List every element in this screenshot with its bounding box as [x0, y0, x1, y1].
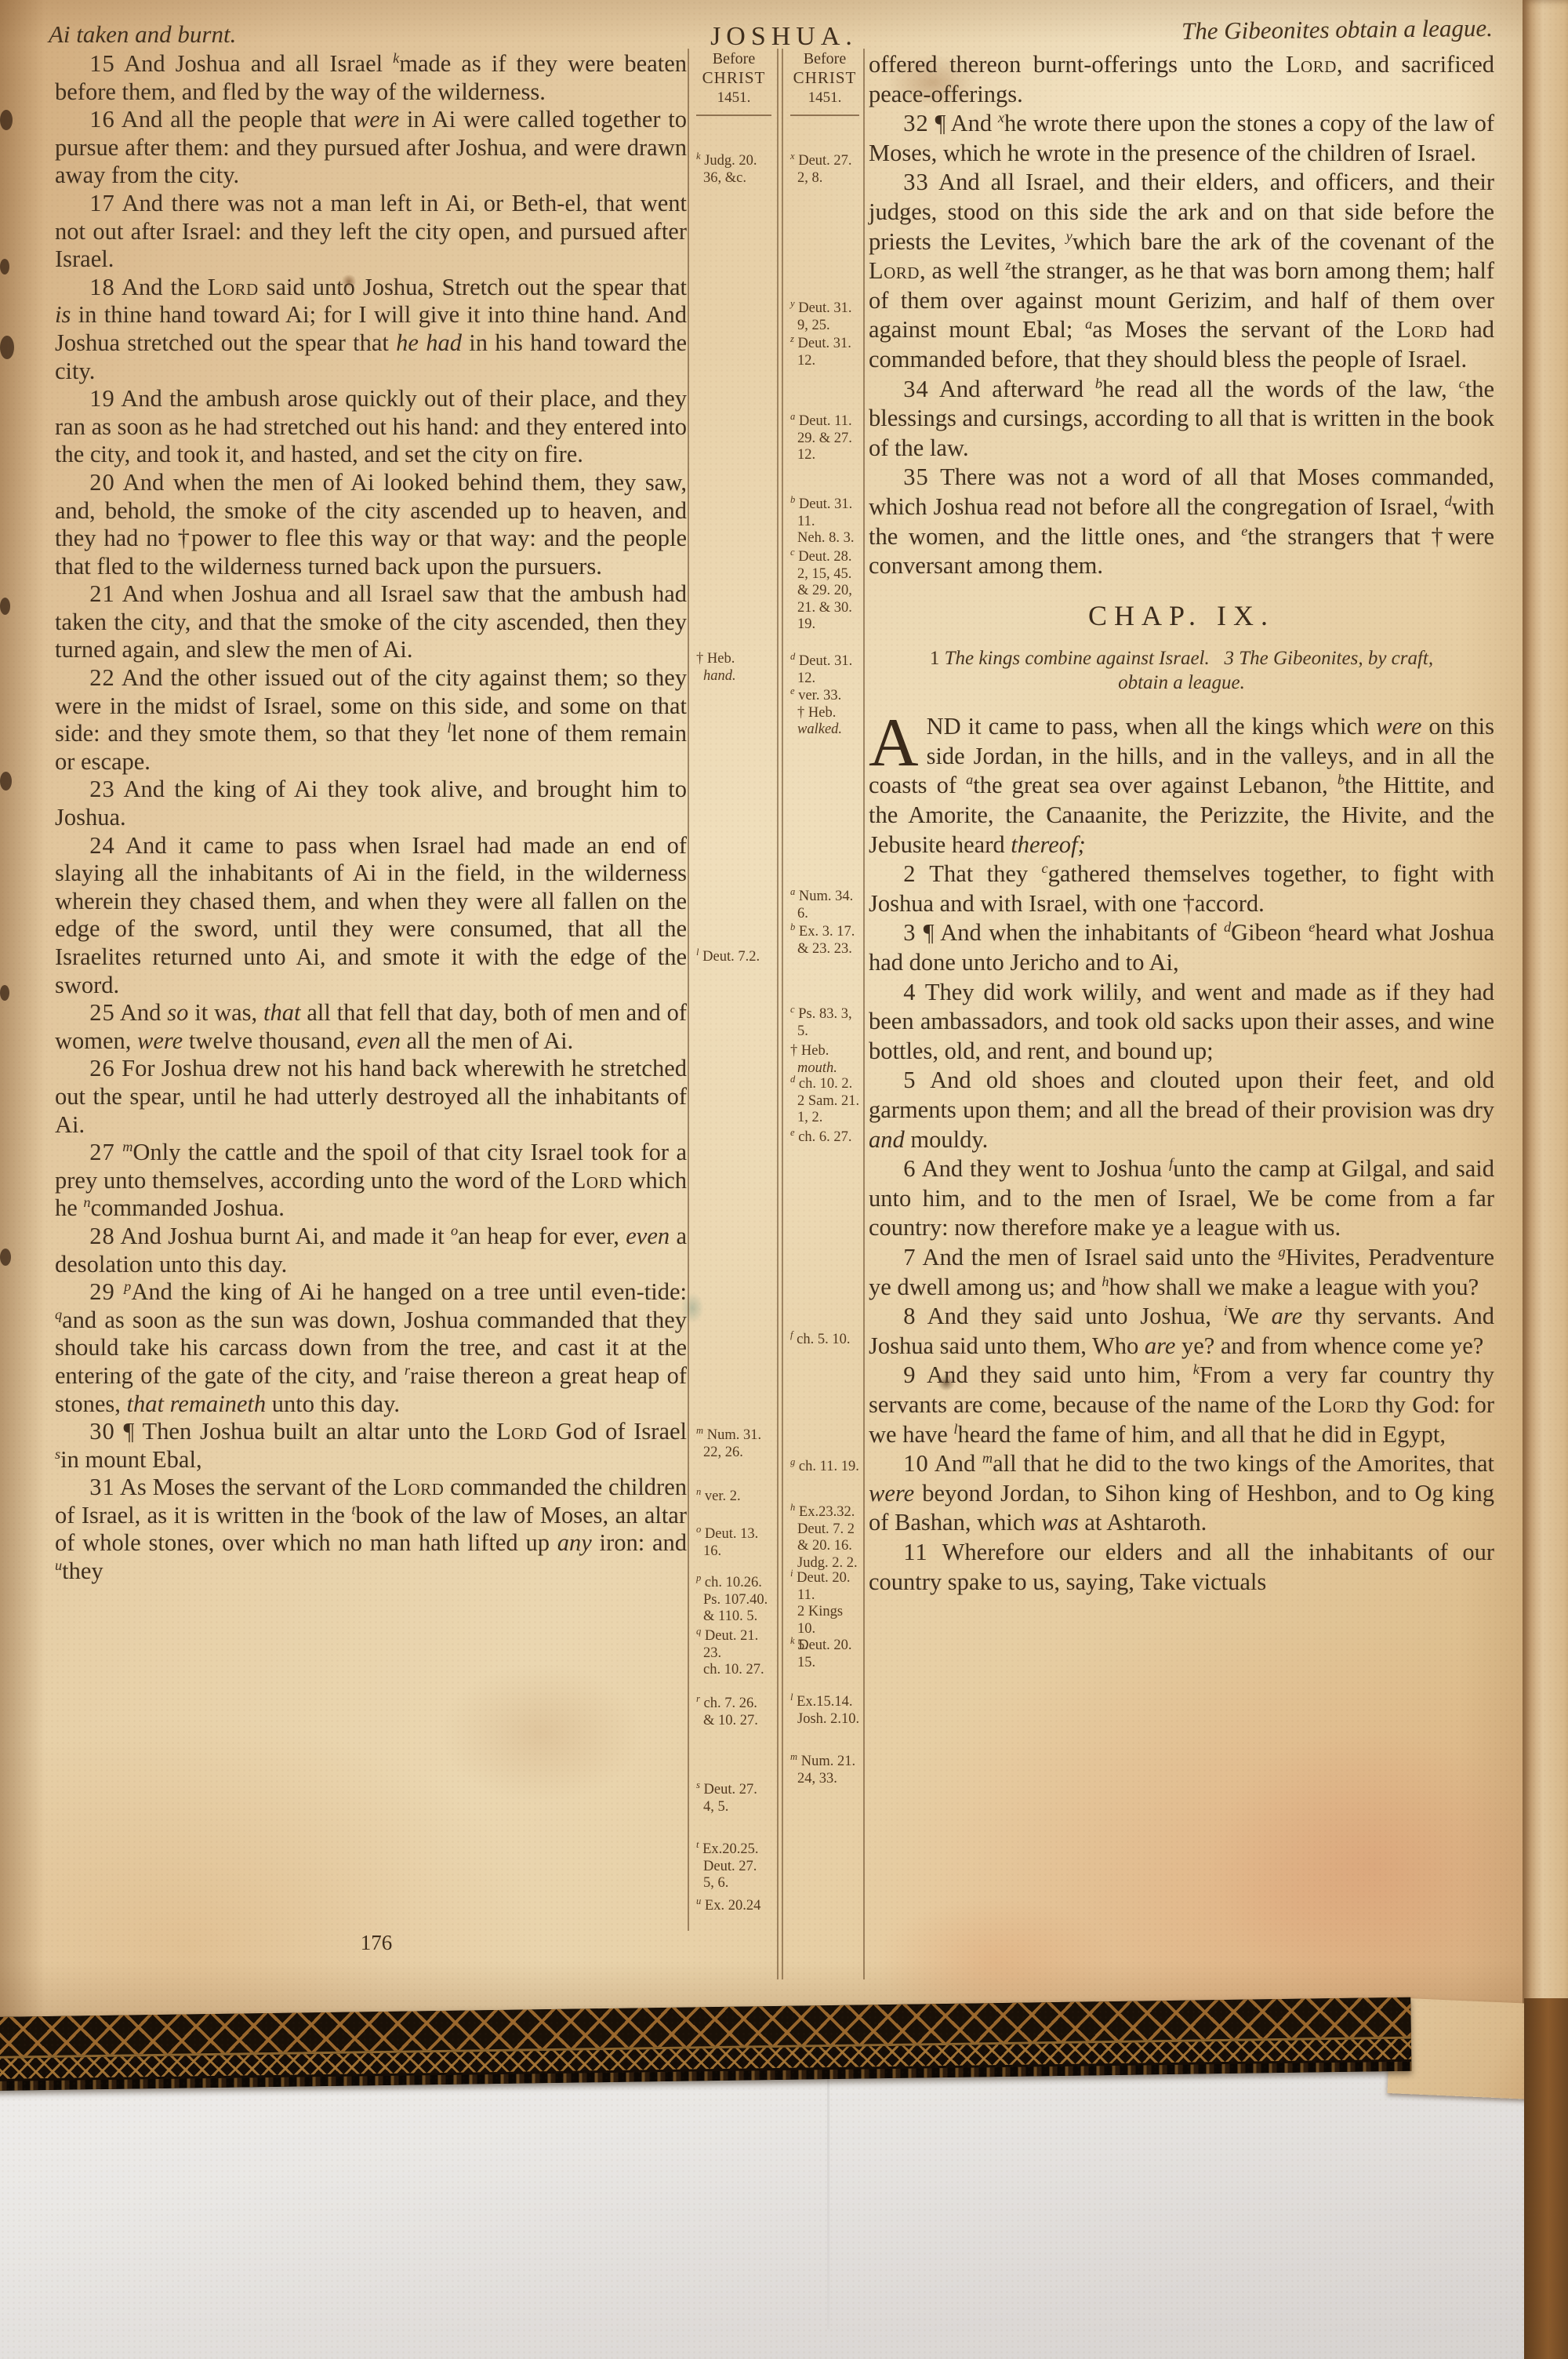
verse-number: 15 — [89, 50, 115, 77]
verse-number: 31 — [89, 1474, 115, 1500]
verse: 30 ¶ Then Joshua built an altar unto the… — [55, 1418, 687, 1474]
margin-reference: a Deut. 11.29. & 27.12. — [789, 413, 862, 464]
margin-reference: z Deut. 31.12. — [789, 336, 862, 369]
margin-reference: f ch. 5. 10. — [789, 1332, 862, 1349]
margin-reference: e ch. 6. 27. — [789, 1129, 862, 1147]
margin-column-right: Before CHRIST 1451. x Deut. 27.2, 8.y De… — [787, 50, 862, 1987]
margin-reference: q Deut. 21.23.ch. 10. 27. — [695, 1628, 775, 1679]
verse: 15 And Joshua and all Israel kmade as if… — [55, 50, 687, 106]
verse: 19 And the ambush arose quickly out of t… — [55, 385, 687, 469]
verse: 33 And all Israel, and their elders, and… — [869, 168, 1494, 374]
verse: 18 And the Lord said unto Joshua, Stretc… — [55, 274, 687, 385]
verse: 7 And the men of Israel said unto the gH… — [869, 1243, 1494, 1302]
verse: 28 And Joshua burnt Ai, and made it oan … — [55, 1223, 687, 1278]
verse: 23 And the king of Ai they took alive, a… — [55, 776, 687, 831]
margin-reference: g ch. 11. 19. — [789, 1459, 862, 1476]
margin-reference: m Num. 31.22, 26. — [695, 1427, 775, 1461]
verse-number: 27 — [89, 1139, 115, 1165]
running-head-right: The Gibeonites obtain a league. — [1181, 14, 1493, 45]
verse-number: 28 — [89, 1223, 115, 1249]
verse-number: 32 — [903, 110, 929, 136]
verse-number: 25 — [89, 999, 115, 1026]
margin-reference: k Deut. 20.15. — [789, 1637, 862, 1671]
margin-reference: c Deut. 28.2, 15, 45.& 29. 20,21. & 30.1… — [789, 549, 862, 634]
margin-reference: l Deut. 7.2. — [695, 949, 775, 966]
verse-number: 9 — [903, 1361, 916, 1388]
edge-mark — [0, 598, 10, 615]
verse: 34 And afterward bhe read all the words … — [869, 375, 1494, 463]
margin-reference: † Heb.mouth. — [789, 1043, 862, 1077]
edge-mark — [0, 1249, 11, 1266]
verse-number: 5 — [903, 1067, 916, 1093]
edge-mark — [0, 336, 14, 359]
column-rule — [688, 49, 689, 1931]
margin-reference: r ch. 7. 26.& 10. 27. — [695, 1696, 775, 1729]
verse: 20 And when the men of Ai looked behind … — [55, 469, 687, 580]
verse-number: 8 — [903, 1303, 916, 1329]
book-title: JOSHUA. — [666, 22, 902, 52]
verse-number: 26 — [89, 1055, 115, 1081]
column-rule-double — [782, 49, 783, 1979]
verse: 21 And when Joshua and all Israel saw th… — [55, 580, 687, 664]
verse-number: 35 — [903, 463, 929, 490]
margin-reference: o Deut. 13.16. — [695, 1526, 775, 1560]
verse: 6 And they went to Joshua funto the camp… — [869, 1154, 1494, 1243]
margin-reference: x Deut. 27.2, 8. — [789, 153, 862, 187]
verse-number: 34 — [903, 376, 929, 402]
verse: 32 ¶ And xhe wrote there upon the stones… — [869, 109, 1494, 168]
edge-mark — [0, 259, 9, 274]
edge-mark — [0, 772, 12, 791]
verse-number: 24 — [89, 832, 115, 859]
verse-number: 6 — [903, 1155, 916, 1182]
verse-number: 11 — [903, 1539, 927, 1565]
verse: 8 And they said unto Joshua, iWe are thy… — [869, 1302, 1494, 1361]
verse-number: 18 — [89, 274, 115, 300]
verse: 2 That they cgathered themselves togethe… — [869, 860, 1494, 918]
verse: 26 For Joshua drew not his hand back whe… — [55, 1055, 687, 1139]
verse: 16 And all the people that were in Ai we… — [55, 106, 687, 190]
margin-column-left: Before CHRIST 1451. k Judg. 20.36, &c.† … — [693, 50, 775, 1987]
margin-reference: p ch. 10.26.Ps. 107.40.& 110. 5. — [695, 1575, 775, 1626]
verse: 10 And mall that he did to the two kings… — [869, 1449, 1494, 1538]
margin-reference: l Ex.15.14.Josh. 2.10. — [789, 1694, 862, 1728]
verse-number: 30 — [89, 1418, 115, 1445]
edge-mark — [0, 985, 9, 1001]
page-number: 176 — [337, 1931, 416, 1955]
margin-reference: m Num. 21.24, 33. — [789, 1754, 862, 1787]
book-photo: Ai taken and burnt. JOSHUA. The Gibeonit… — [0, 0, 1568, 2359]
margin-reference: b Deut. 31.11.Neh. 8. 3. — [789, 496, 862, 547]
column-rule — [863, 49, 865, 1979]
verse: 11 Wherefore our elders and all the inha… — [869, 1538, 1494, 1597]
verse-number: 23 — [89, 776, 115, 802]
verse-number: 7 — [903, 1244, 916, 1270]
margin-reference: a Num. 34.6. — [789, 889, 862, 922]
verse-number: 29 — [89, 1278, 115, 1305]
verse: 24 And it came to pass when Israel had m… — [55, 832, 687, 1000]
text-column-right: offered thereon burnt-offerings unto the… — [869, 50, 1494, 1597]
margin-reference: b Ex. 3. 17.& 23. 23. — [789, 924, 862, 958]
verse-number: 19 — [89, 385, 115, 412]
verse: 9 And they said unto him, kFrom a very f… — [869, 1361, 1494, 1449]
sheet-crease — [827, 2070, 829, 2329]
verse: 29 pAnd the king of Ai he hanged on a tr… — [55, 1278, 687, 1418]
margin-heading: Before CHRIST 1451. — [790, 50, 859, 116]
margin-reference: n ver. 2. — [695, 1488, 775, 1506]
margin-reference: † Heb.hand. — [695, 651, 775, 685]
verse-number: 3 — [903, 919, 916, 946]
margin-reference: d ch. 10. 2.2 Sam. 21.1, 2. — [789, 1076, 862, 1127]
chapter-heading: CHAP. IX. — [869, 602, 1494, 631]
margin-reference: y Deut. 31.9, 25. — [789, 300, 862, 334]
verse-number: 22 — [89, 664, 115, 691]
margin-reference: t Ex.20.25.Deut. 27.5, 6. — [695, 1841, 775, 1892]
verse-number: 16 — [89, 106, 115, 133]
verse: 17 And there was not a man left in Ai, o… — [55, 190, 687, 274]
verse-number: 2 — [903, 860, 916, 887]
margin-reference: s Deut. 27.4, 5. — [695, 1782, 775, 1816]
verse: AND it came to pass, when all the kings … — [869, 712, 1494, 860]
chapter-summary: 1 The kings combine against Israel. 3 Th… — [881, 646, 1482, 695]
verse: 35 There was not a word of all that Mose… — [869, 463, 1494, 580]
running-head-left: Ai taken and burnt. — [49, 20, 236, 49]
book-cover-edge — [1524, 1998, 1568, 2359]
verse: 3 ¶ And when the inhabitants of dGibeon … — [869, 918, 1494, 977]
margin-reference: d Deut. 31.12. — [789, 653, 862, 687]
margin-reference: c Ps. 83. 3,5. — [789, 1006, 862, 1040]
verse: 25 And so it was, that all that fell tha… — [55, 999, 687, 1055]
margin-heading: Before CHRIST 1451. — [696, 50, 771, 116]
verse: 5 And old shoes and clouted upon their f… — [869, 1066, 1494, 1154]
verse: offered thereon burnt-offerings unto the… — [869, 50, 1494, 109]
verse-number: 33 — [903, 169, 929, 195]
text-column-left: 15 And Joshua and all Israel kmade as if… — [55, 50, 687, 1586]
column-rule-double — [777, 49, 779, 1979]
verse-number: 4 — [903, 979, 916, 1005]
verse: 22 And the other issued out of the city … — [55, 664, 687, 776]
margin-reference: k Judg. 20.36, &c. — [695, 153, 775, 187]
edge-mark — [0, 110, 13, 130]
margin-reference: e ver. 33.† Heb.walked. — [789, 688, 862, 739]
verse-number: 17 — [89, 190, 115, 216]
verse: 4 They did work wilily, and went and mad… — [869, 978, 1494, 1067]
margin-reference: h Ex.23.32.Deut. 7. 2& 20. 16.Judg. 2. 2… — [789, 1504, 862, 1572]
drop-cap: A — [869, 712, 927, 770]
verse: 27 mOnly the cattle and the spoil of tha… — [55, 1139, 687, 1223]
verse: 31 As Moses the servant of the Lord comm… — [55, 1474, 687, 1585]
verse-number: 20 — [89, 469, 115, 496]
verse-number: 21 — [89, 580, 115, 607]
verse-number: 10 — [903, 1450, 929, 1477]
page-edges-right — [1523, 0, 1568, 2028]
margin-reference: u Ex. 20.24 — [695, 1898, 775, 1915]
